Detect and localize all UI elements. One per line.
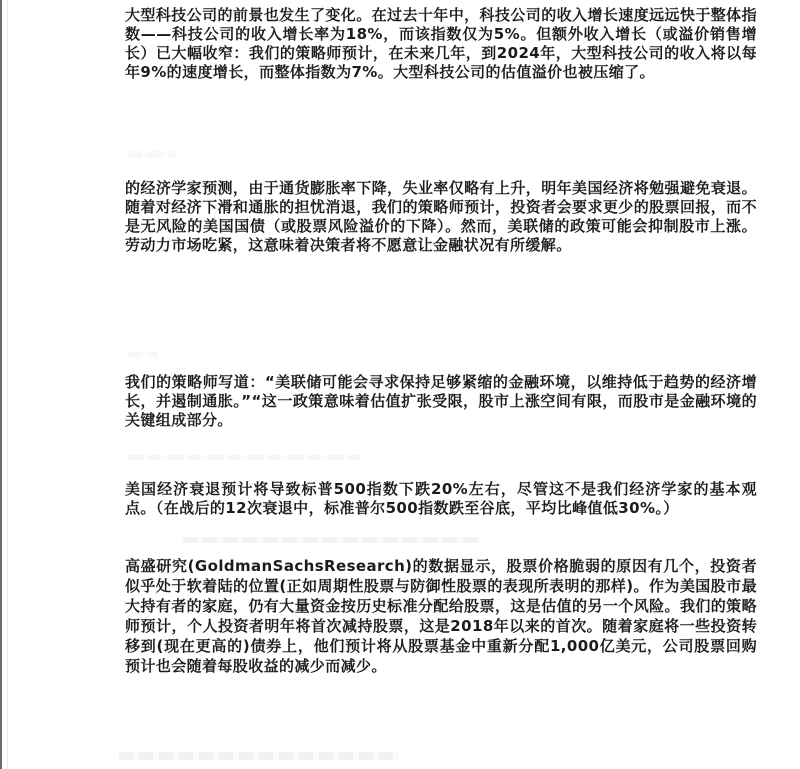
page-left-border	[0, 0, 2, 769]
faded-text-remnant-1	[128, 151, 176, 158]
paragraph-big-tech-outlook: 大型科技公司的前景也发生了变化。在过去十年中，科技公司的收入增长速度远远快于整体…	[125, 6, 757, 82]
paragraph-gs-research-investor-positioning: 高盛研究(GoldmanSachsResearch)的数据显示，股票价格脆弱的原…	[125, 556, 757, 676]
paragraph-sp500-downside: 美国经济衰退预计将导致标普500指数下跌20%左右，尽管这不是我们经济学家的基本…	[125, 480, 757, 518]
paragraph-economists-recession-forecast: 的经济学家预测，由于通货膨胀率下降，失业率仅略有上升，明年美国经济将勉强避免衰退…	[125, 179, 757, 255]
document-page: 大型科技公司的前景也发生了变化。在过去十年中，科技公司的收入增长速度远远快于整体…	[0, 0, 800, 769]
faded-text-remnant-4	[183, 537, 481, 543]
faded-text-remnant-3	[128, 455, 361, 460]
faded-text-remnant-5	[119, 752, 399, 760]
paragraph-strategists-quote: 我们的策略师写道：“美联储可能会寻求保持足够紧缩的金融环境，以维持低于趋势的经济…	[125, 373, 757, 430]
page-left-border-faint	[7, 0, 8, 769]
faded-text-remnant-2	[128, 352, 158, 357]
